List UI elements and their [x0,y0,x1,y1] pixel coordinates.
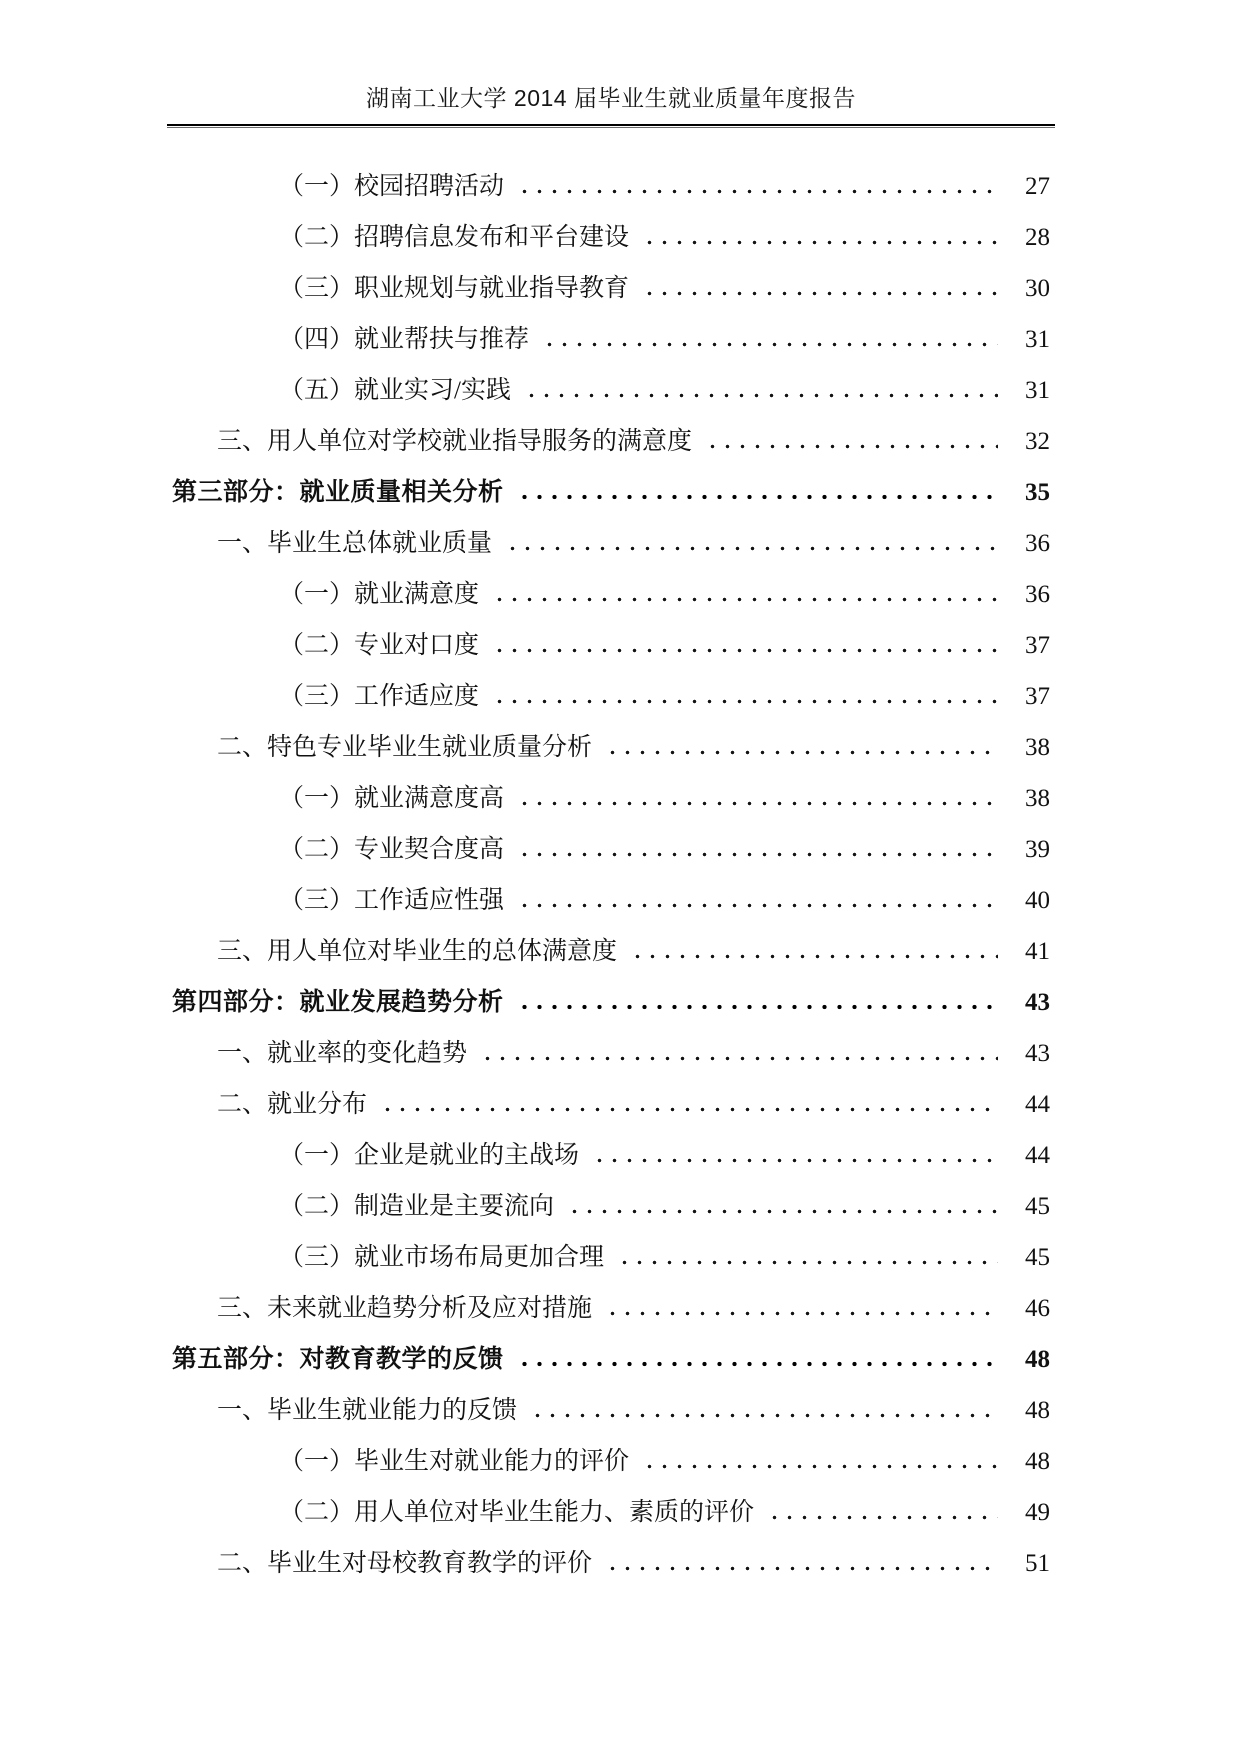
toc-entry-title: 二、毕业生对母校教育教学的评价 [217,1538,592,1589]
toc-entry-page-number: 44 [1017,1079,1050,1130]
toc-entry[interactable]: 一、毕业生总体就业质量 36 [167,518,1050,569]
toc-entry-title: 二、特色专业毕业生就业质量分析 [217,722,592,773]
toc-entry-page-number: 43 [1017,1028,1050,1079]
header-divider-rule [167,124,1055,128]
toc-entry[interactable]: （三）工作适应度 37 [167,671,1050,722]
toc-entry-title: （二）用人单位对毕业生能力、素质的评价 [279,1487,754,1538]
toc-entry-title: （三）工作适应度 [279,671,479,722]
toc-entry-title: 三、用人单位对毕业生的总体满意度 [217,926,617,977]
toc-dot-leader [542,342,998,347]
toc-entry[interactable]: （三）工作适应性强 40 [167,875,1050,926]
toc-entry-page-number: 31 [1017,314,1050,365]
toc-dot-leader [630,954,998,959]
toc-entry[interactable]: 二、就业分布 44 [167,1079,1050,1130]
toc-entry[interactable]: （二）专业对口度 37 [167,620,1050,671]
toc-entry-page-number: 38 [1017,773,1050,824]
toc-dot-leader [642,291,998,296]
toc-entry-page-number: 48 [1017,1385,1050,1436]
toc-dot-leader [492,699,998,704]
toc-dot-leader [517,852,998,857]
toc-entry-title: （三）工作适应性强 [279,875,504,926]
toc-entry[interactable]: 第三部分：就业质量相关分析 35 [167,467,1050,518]
toc-entry[interactable]: （三）职业规划与就业指导教育 30 [167,263,1050,314]
toc-dot-leader [517,801,998,806]
toc-entry-title: （五）就业实习/实践 [279,365,511,416]
toc-entry[interactable]: （二）招聘信息发布和平台建设 28 [167,212,1050,263]
toc-entry-title: 二、就业分布 [217,1079,367,1130]
toc-entry-page-number: 36 [1017,518,1050,569]
toc-entry-title: 第三部分：就业质量相关分析 [172,467,504,518]
toc-entry-title: 三、未来就业趋势分析及应对措施 [217,1283,592,1334]
toc-dot-leader [605,1566,998,1571]
toc-entry-page-number: 38 [1017,722,1050,773]
toc-entry[interactable]: 三、用人单位对学校就业指导服务的满意度 32 [167,416,1050,467]
toc-entry[interactable]: （五）就业实习/实践 31 [167,365,1050,416]
toc-entry-page-number: 41 [1017,926,1050,977]
toc-entry-page-number: 46 [1017,1283,1050,1334]
toc-entry[interactable]: 二、特色专业毕业生就业质量分析 38 [167,722,1050,773]
toc-dot-leader [642,1464,998,1469]
toc-entry[interactable]: （一）就业满意度 36 [167,569,1050,620]
toc-entry[interactable]: 三、未来就业趋势分析及应对措施 46 [167,1283,1050,1334]
toc-entry-title: （三）职业规划与就业指导教育 [279,263,629,314]
toc-entry-title: （一）就业满意度高 [279,773,504,824]
toc-entry-page-number: 27 [1017,161,1050,212]
toc-entry-page-number: 37 [1017,671,1050,722]
toc-entry-title: 一、就业率的变化趋势 [217,1028,467,1079]
toc-dot-leader [524,393,998,398]
toc-entry-title: 一、毕业生总体就业质量 [217,518,492,569]
toc-entry[interactable]: 二、毕业生对母校教育教学的评价 51 [167,1538,1050,1589]
toc-dot-leader [517,494,998,500]
toc-dot-leader [517,903,998,908]
toc-dot-leader [505,546,998,551]
toc-entry-page-number: 48 [1017,1436,1050,1487]
toc-entry[interactable]: （四）就业帮扶与推荐 31 [167,314,1050,365]
toc-entry-title: （一）校园招聘活动 [279,161,504,212]
toc-dot-leader [605,1311,998,1316]
toc-dot-leader [605,750,998,755]
toc-entry[interactable]: （一）毕业生对就业能力的评价 48 [167,1436,1050,1487]
toc-entry-page-number: 49 [1017,1487,1050,1538]
toc-dot-leader [642,240,998,245]
toc-dot-leader [517,1361,998,1367]
toc-entry-title: （一）就业满意度 [279,569,479,620]
toc-entry[interactable]: （二）专业契合度高 39 [167,824,1050,875]
toc-dot-leader [592,1158,998,1163]
toc-entry-title: （四）就业帮扶与推荐 [279,314,529,365]
toc-entry-title: （二）制造业是主要流向 [279,1181,554,1232]
toc-entry-title: （三）就业市场布局更加合理 [279,1232,604,1283]
toc-entry[interactable]: 三、用人单位对毕业生的总体满意度 41 [167,926,1050,977]
toc-entry-page-number: 51 [1017,1538,1050,1589]
toc-dot-leader [492,597,998,602]
toc-entry-title: 第四部分：就业发展趋势分析 [172,977,504,1028]
toc-entry[interactable]: （一）校园招聘活动 27 [167,161,1050,212]
toc-entry-page-number: 37 [1017,620,1050,671]
toc-dot-leader [517,189,998,194]
toc-entry[interactable]: （二）用人单位对毕业生能力、素质的评价 49 [167,1487,1050,1538]
toc-entry-title: （一）毕业生对就业能力的评价 [279,1436,629,1487]
toc-entry-page-number: 28 [1017,212,1050,263]
toc-dot-leader [517,1004,998,1010]
toc-dot-leader [567,1209,998,1214]
toc-entry-page-number: 30 [1017,263,1050,314]
toc-entry-page-number: 48 [1017,1334,1050,1385]
toc-entry-page-number: 39 [1017,824,1050,875]
toc-dot-leader [617,1260,998,1265]
table-of-contents: （一）校园招聘活动 27 （二）招聘信息发布和平台建设 28 （三）职业规划与就… [167,161,1050,1589]
toc-entry[interactable]: （一）就业满意度高 38 [167,773,1050,824]
toc-entry[interactable]: 一、毕业生就业能力的反馈 48 [167,1385,1050,1436]
toc-entry-title: （一）企业是就业的主战场 [279,1130,579,1181]
document-page: 湖南工业大学 2014 届毕业生就业质量年度报告 （一）校园招聘活动 27 （二… [0,0,1241,1754]
toc-entry-page-number: 45 [1017,1232,1050,1283]
toc-entry[interactable]: 第四部分：就业发展趋势分析 43 [167,977,1050,1028]
toc-entry-title: 第五部分：对教育教学的反馈 [172,1334,504,1385]
toc-entry[interactable]: 第五部分：对教育教学的反馈 48 [167,1334,1050,1385]
toc-dot-leader [705,444,998,449]
toc-entry-title: 一、毕业生就业能力的反馈 [217,1385,517,1436]
toc-entry-title: （二）专业契合度高 [279,824,504,875]
toc-entry[interactable]: （二）制造业是主要流向 45 [167,1181,1050,1232]
toc-entry-page-number: 32 [1017,416,1050,467]
toc-entry-page-number: 44 [1017,1130,1050,1181]
toc-dot-leader [380,1107,998,1112]
toc-entry-page-number: 31 [1017,365,1050,416]
toc-entry[interactable]: 一、就业率的变化趋势 43 [167,1028,1050,1079]
toc-dot-leader [767,1515,998,1520]
toc-entry-page-number: 43 [1017,977,1050,1028]
toc-dot-leader [480,1056,998,1061]
running-header-title: 湖南工业大学 2014 届毕业生就业质量年度报告 [167,84,1055,112]
toc-entry-page-number: 35 [1017,467,1050,518]
toc-entry-title: （二）专业对口度 [279,620,479,671]
toc-entry-title: 三、用人单位对学校就业指导服务的满意度 [217,416,692,467]
toc-entry[interactable]: （一）企业是就业的主战场 44 [167,1130,1050,1181]
toc-entry[interactable]: （三）就业市场布局更加合理 45 [167,1232,1050,1283]
toc-entry-title: （二）招聘信息发布和平台建设 [279,212,629,263]
toc-entry-page-number: 36 [1017,569,1050,620]
toc-dot-leader [530,1413,998,1418]
toc-dot-leader [492,648,998,653]
toc-entry-page-number: 40 [1017,875,1050,926]
toc-entry-page-number: 45 [1017,1181,1050,1232]
